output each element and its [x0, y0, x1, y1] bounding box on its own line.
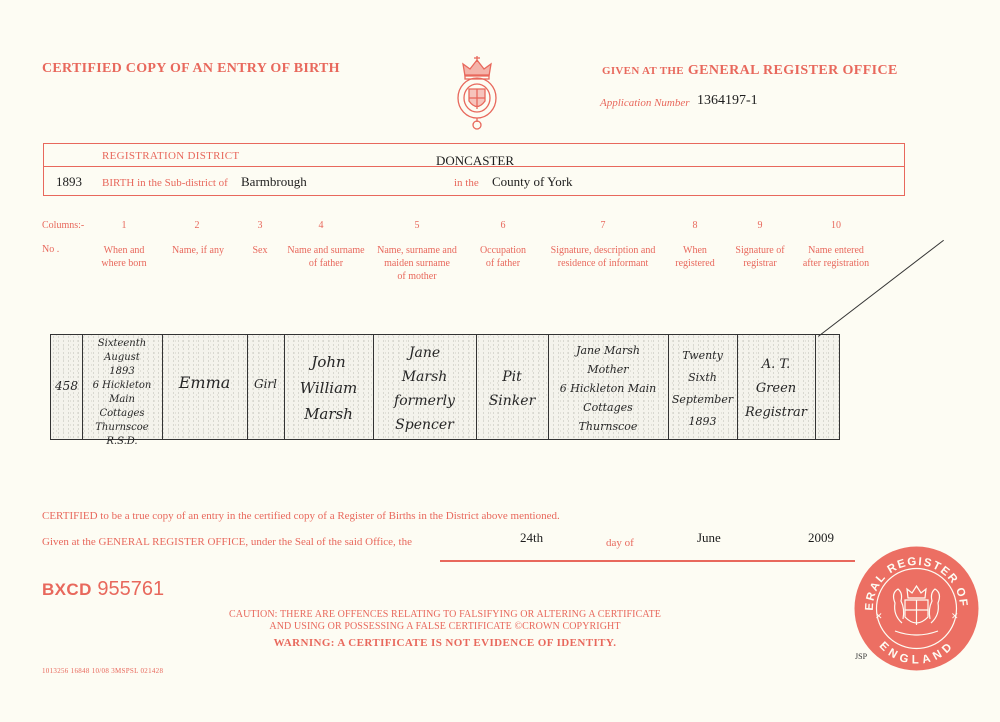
- columns-prefix: Columns:-: [42, 220, 84, 231]
- column-2-header: Name, if any: [162, 244, 234, 257]
- day-of-label: day of: [606, 537, 634, 549]
- serial-number: 955761: [97, 578, 164, 600]
- caution-line-2: AND USING OR POSSESSING A FALSE CERTIFIC…: [195, 621, 695, 633]
- svg-text:✕: ✕: [875, 611, 883, 621]
- officer-initials: JSP: [855, 652, 867, 661]
- certificate-title: CERTIFIED COPY OF AN ENTRY OF BIRTH: [42, 61, 340, 77]
- county-value: County of York: [492, 174, 573, 190]
- svg-text:✕: ✕: [951, 611, 959, 621]
- serial-prefix: BXCD: [42, 580, 92, 599]
- column-1-number: 1: [104, 220, 144, 231]
- subdistrict-label: BIRTH in the Sub-district of: [102, 177, 228, 189]
- column-8-number: 8: [675, 220, 715, 231]
- entry-when-registered: Twenty Sixth September 1893: [668, 345, 737, 433]
- entry-number: 458: [51, 379, 82, 394]
- identity-warning: WARNING: A CERTIFICATE IS NOT EVIDENCE O…: [195, 637, 695, 649]
- subdistrict-value: Barmbrough: [241, 174, 307, 190]
- certification-line-2: Given at the GENERAL REGISTER OFFICE, un…: [42, 536, 412, 548]
- application-number: 1364197-1: [697, 93, 758, 109]
- column-1-header: When and where born: [90, 244, 158, 270]
- certification-month: June: [697, 530, 721, 546]
- column-10-number: 10: [816, 220, 856, 231]
- column-4-number: 4: [301, 220, 341, 231]
- certificate-serial: BXCD 955761: [42, 578, 164, 601]
- certification-day: 24th: [520, 530, 543, 546]
- column-4-header: Name and surname of father: [278, 244, 374, 270]
- column-9-header: Signature of registrar: [727, 244, 793, 270]
- entry-registrar: A. T. Green Registrar: [737, 353, 815, 425]
- general-register-office-seal-icon: GENERAL REGISTER OFFICE ENGLAND ✕ ✕: [853, 545, 980, 672]
- given-at-prefix: GIVEN AT THE: [602, 65, 684, 77]
- column-8-header: When registered: [665, 244, 725, 270]
- certification-line-1: CERTIFIED to be a true copy of an entry …: [42, 510, 560, 522]
- entry-when-where-born: Sixteenth August 1893 6 Hickleton Main C…: [82, 337, 162, 449]
- registration-district-label: REGISTRATION DISTRICT: [102, 150, 239, 162]
- print-codes: 1013256 16848 10/08 3MSPSL 021428: [42, 667, 163, 675]
- given-at-heading: GIVEN AT THE GENERAL REGISTER OFFICE: [602, 61, 898, 79]
- entry-occupation: Pit Sinker: [476, 365, 548, 413]
- column-10-header: Name entered after registration: [796, 244, 876, 270]
- column-9-number: 9: [740, 220, 780, 231]
- column-2-number: 2: [177, 220, 217, 231]
- column-6-number: 6: [483, 220, 523, 231]
- entry-mother: Jane Marsh formerly Spencer: [373, 341, 476, 437]
- given-at-office: GENERAL REGISTER OFFICE: [688, 63, 898, 78]
- entry-father: John William Marsh: [284, 349, 373, 427]
- entry-name: Emma: [162, 375, 247, 390]
- register-entry-row: 458 Sixteenth August 1893 6 Hickleton Ma…: [50, 334, 840, 440]
- caution-text: CAUTION: THERE ARE OFFENCES RELATING TO …: [195, 609, 695, 633]
- column-5-number: 5: [397, 220, 437, 231]
- registration-district-value: DONCASTER: [436, 153, 514, 169]
- column-7-number: 7: [583, 220, 623, 231]
- column-3-header: Sex: [240, 244, 280, 257]
- royal-crest-icon: [455, 54, 500, 130]
- column-3-number: 3: [240, 220, 280, 231]
- entry-sex: Girl: [247, 377, 284, 392]
- entry-informant: Jane Marsh Mother 6 Hickleton Main Cotta…: [548, 341, 668, 436]
- no-label: No .: [42, 244, 59, 255]
- certification-year: 2009: [808, 530, 834, 546]
- application-number-label: Application Number: [600, 97, 690, 109]
- certification-underline: [440, 560, 855, 562]
- column-5-header: Name, surname and maiden surname of moth…: [371, 244, 463, 283]
- registration-year: 1893: [56, 174, 82, 190]
- caution-line-1: CAUTION: THERE ARE OFFENCES RELATING TO …: [195, 609, 695, 621]
- column-7-header: Signature, description and residence of …: [543, 244, 663, 270]
- column-divider: [815, 335, 816, 439]
- in-the-label: in the: [454, 177, 479, 189]
- column-6-header: Occupation of father: [470, 244, 536, 270]
